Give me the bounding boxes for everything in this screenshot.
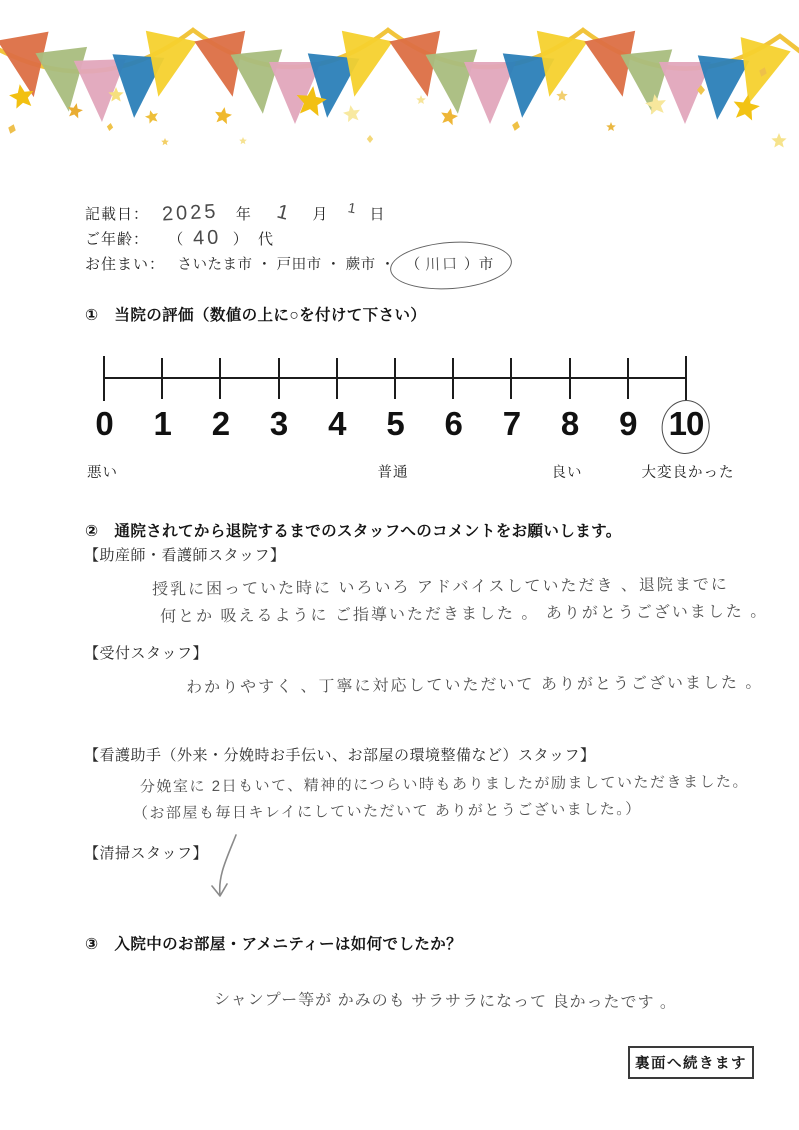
scale-anchor-label: 普通 bbox=[378, 461, 409, 482]
scale-number: 1 bbox=[154, 405, 171, 443]
scale-number-selected: 10 bbox=[669, 405, 704, 443]
staff-label-nursing-assistant: 【看護助手（外来・分娩時お手伝い、お部屋の環境整備など）スタッフ】 bbox=[84, 744, 596, 765]
staff-label-cleaning: 【清掃スタッフ】 bbox=[84, 842, 208, 863]
comment-midwife-line-1: 授乳に困っていた時に いろいろ アドバイスしていただき 、退院までに bbox=[152, 571, 729, 599]
comment-nursing-assistant-line-2: （お部屋も毎日キレイにしていただいて ありがとうございました。） bbox=[133, 798, 642, 823]
scale-tick bbox=[627, 358, 629, 399]
scanned-questionnaire: 記載日： 2025 年 1 月 1 日 ご年齢： （ 40 ） 代 お住まい： … bbox=[0, 0, 799, 1130]
scale-tick bbox=[569, 358, 571, 399]
staff-label-reception: 【受付スタッフ】 bbox=[84, 642, 208, 663]
comment-midwife-line-2: 何とか 吸えるように ご指導いただきました 。 ありがとうございました 。 bbox=[160, 598, 768, 626]
scale-tick bbox=[510, 358, 512, 399]
handwritten-arrow-icon bbox=[205, 832, 250, 910]
scale-tick bbox=[336, 358, 338, 399]
scale-tick bbox=[161, 358, 163, 399]
scale-anchor-label: 悪い bbox=[87, 461, 118, 482]
scale-anchor-label: 良い bbox=[552, 461, 583, 482]
scale-number: 4 bbox=[328, 405, 345, 443]
scale-number: 0 bbox=[95, 405, 112, 443]
scale-tick bbox=[103, 356, 105, 401]
continue-on-back-label: 裏面へ続きます bbox=[635, 1052, 747, 1073]
scale-tick bbox=[394, 358, 396, 399]
scale-number: 2 bbox=[212, 405, 229, 443]
q3-heading: ③ 入院中のお部屋・アメニティーは如何でしたか？ bbox=[85, 932, 462, 954]
q3-comment-handwritten: シャンプー等が かみのも サラサラになって 良かったです 。 bbox=[214, 986, 677, 1012]
comment-reception-line-1: わかりやすく 、丁寧に対応していただいて ありがとうございました 。 bbox=[186, 669, 764, 697]
handwritten-selection-circle bbox=[659, 398, 712, 457]
comment-nursing-assistant-line-1: 分娩室に 2日もいて、精神的につらい時もありましたが励ましていただきました。 bbox=[140, 770, 749, 796]
scale-tick bbox=[278, 358, 280, 399]
staff-label-midwife-nurse: 【助産師・看護師スタッフ】 bbox=[84, 544, 286, 565]
scale-tick bbox=[219, 358, 221, 399]
scale-tick bbox=[452, 358, 454, 399]
rating-scale: 012345678910悪い普通良い大変良かった bbox=[0, 0, 799, 510]
scale-number: 5 bbox=[386, 405, 403, 443]
scale-anchor-label: 大変良かった bbox=[642, 461, 735, 482]
scale-tick bbox=[685, 356, 687, 401]
scale-number: 9 bbox=[619, 405, 636, 443]
scale-number: 3 bbox=[270, 405, 287, 443]
scale-number: 8 bbox=[561, 405, 578, 443]
q2-heading: ② 通院されてから退院するまでのスタッフへのコメントをお願いします。 bbox=[85, 519, 622, 541]
scale-number: 7 bbox=[503, 405, 520, 443]
continue-on-back-box: 裏面へ続きます bbox=[628, 1046, 754, 1079]
scale-number: 6 bbox=[445, 405, 462, 443]
